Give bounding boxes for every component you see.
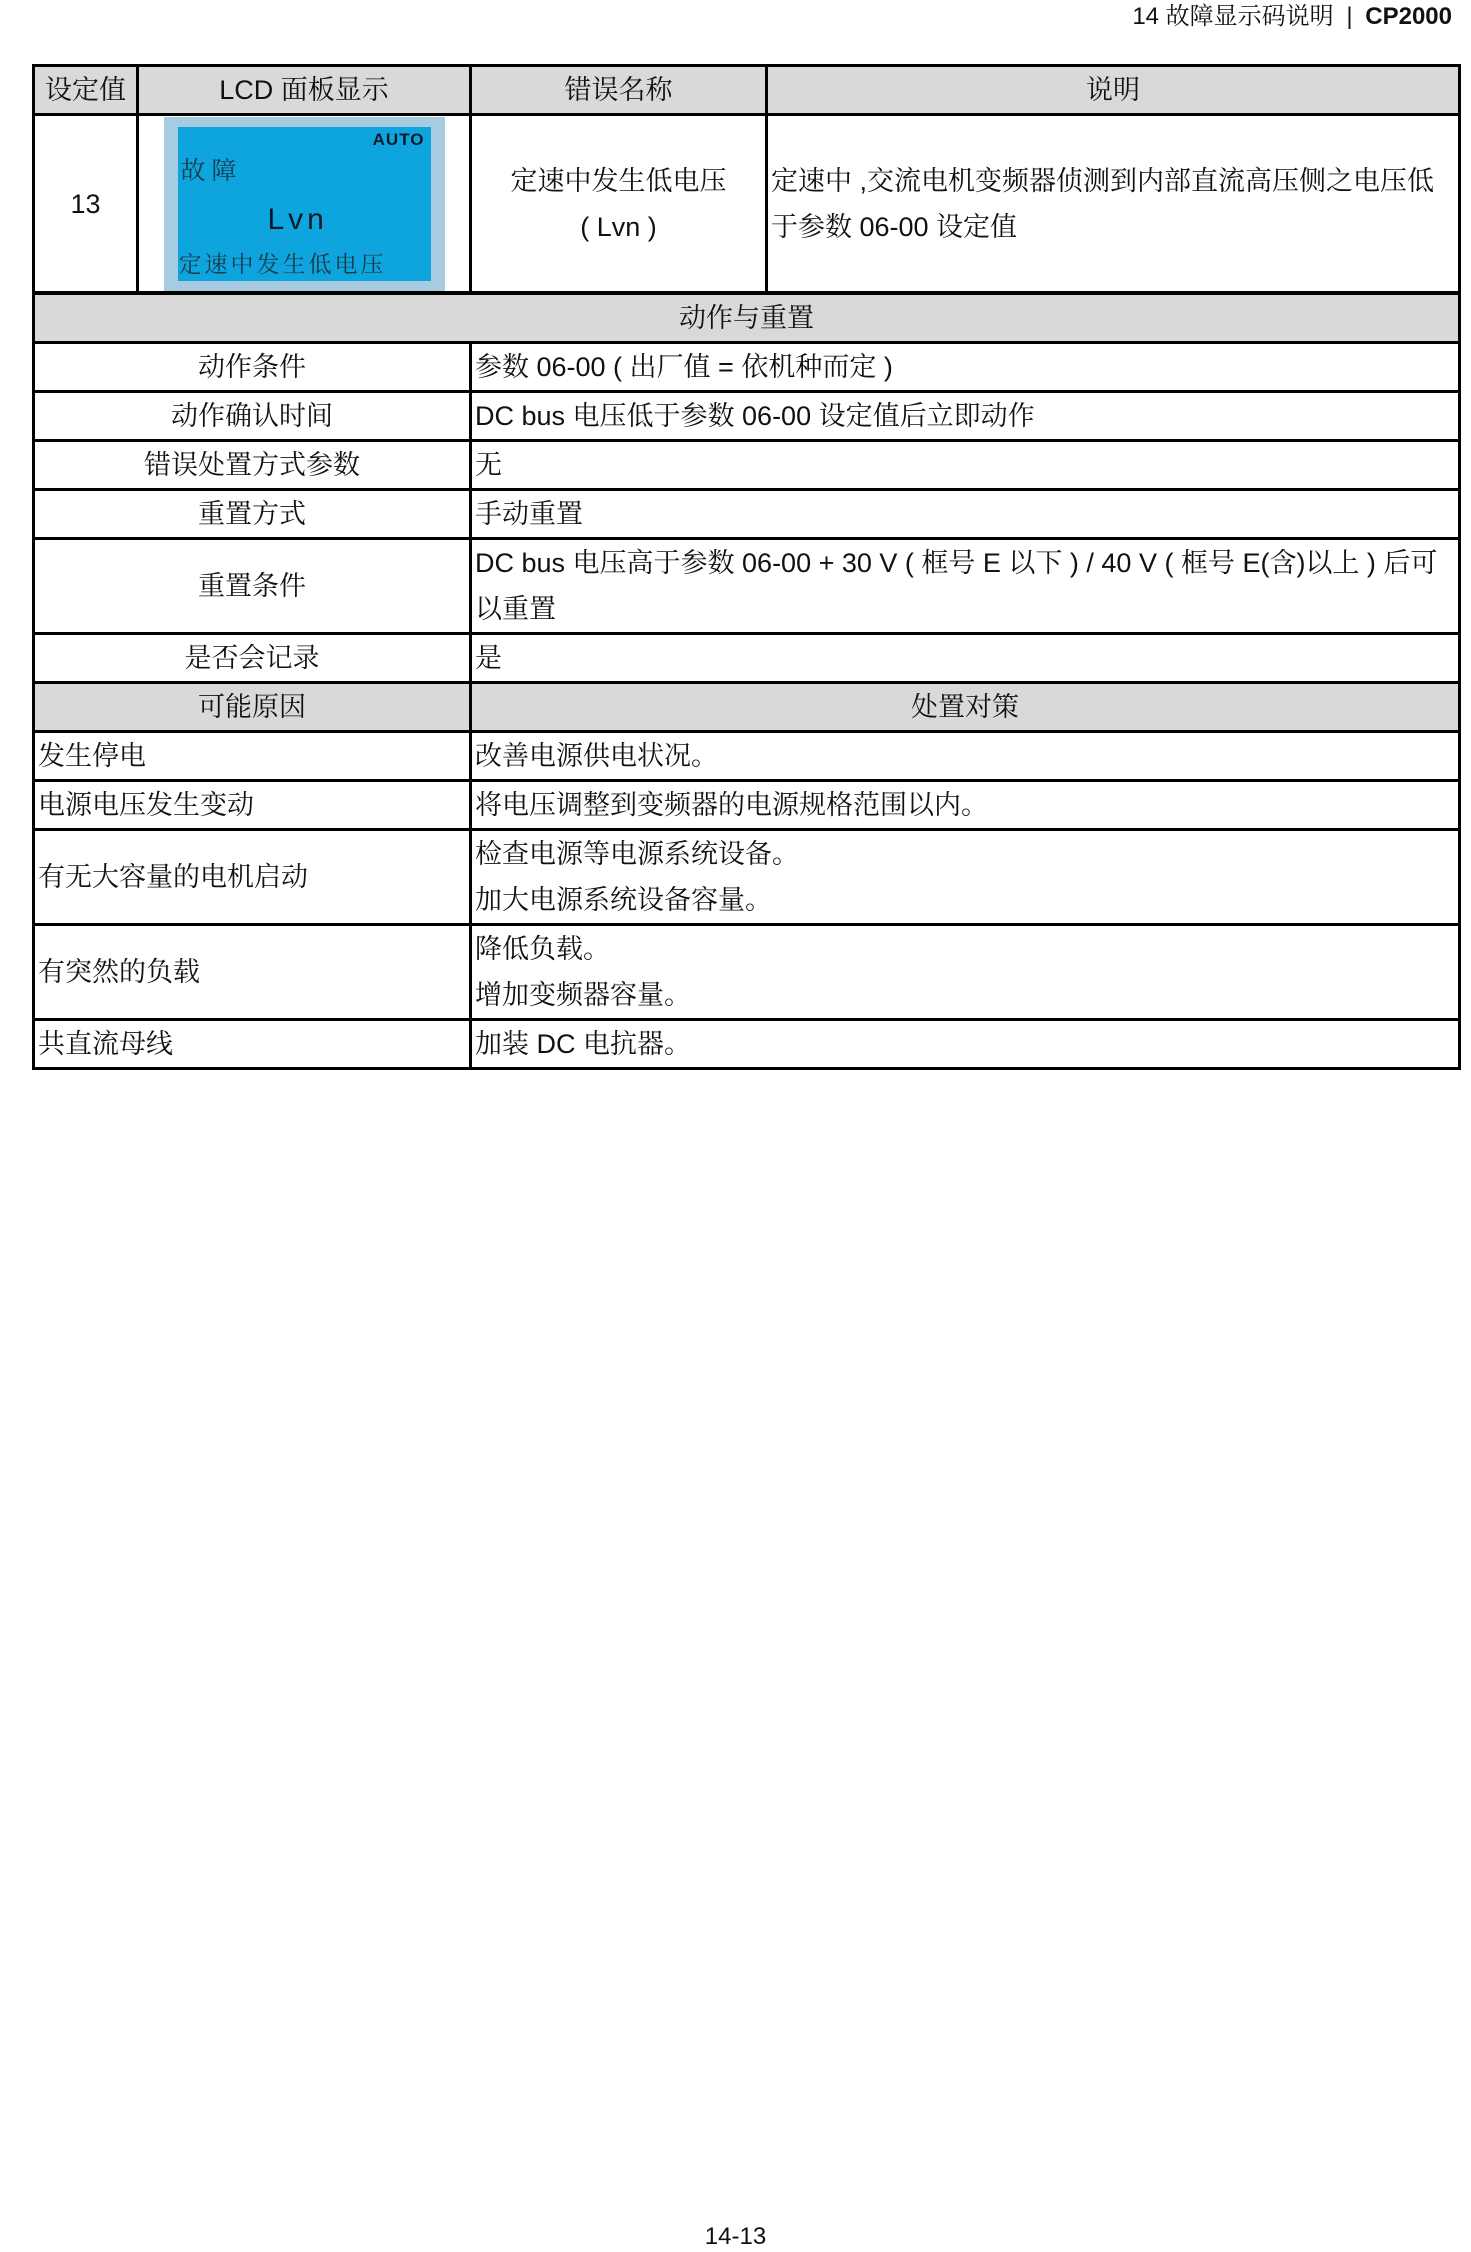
col-header-description: 说明 (767, 66, 1460, 115)
error-code: ( Lvn ) (475, 204, 762, 250)
section-title: 动作与重置 (34, 294, 1460, 343)
row-label: 是否会记录 (34, 634, 471, 683)
row-value: 无 (471, 441, 1460, 490)
cause: 有无大容量的电机启动 (34, 830, 471, 925)
table-row: 动作条件 参数 06-00 ( 出厂值 = 依机种而定 ) (34, 343, 1460, 392)
row-label: 重置条件 (34, 539, 471, 634)
countermeasure: 改善电源供电状况。 (471, 732, 1460, 781)
countermeasure: 加装 DC 电抗器。 (471, 1020, 1460, 1069)
row-label: 动作条件 (34, 343, 471, 392)
table-row: 重置方式 手动重置 (34, 490, 1460, 539)
row-value: DC bus 电压高于参数 06-00 + 30 V ( 框号 E 以下 ) /… (471, 539, 1460, 634)
lcd-fault-code: Lvn (268, 203, 328, 237)
table-row: 错误处置方式参数 无 (34, 441, 1460, 490)
countermeasure-line: 降低负载。 (475, 926, 1455, 972)
col-header-lcd-display: LCD 面板显示 (138, 66, 471, 115)
countermeasure-line: 增加变频器容量。 (475, 972, 1455, 1018)
table-row: 有突然的负载 降低负载。 增加变频器容量。 (34, 925, 1460, 1020)
setting-value: 13 (34, 115, 138, 293)
lcd-mode-label: AUTO (373, 130, 425, 150)
countermeasure-line: 加装 DC 电抗器。 (475, 1021, 1455, 1067)
causes-header-row: 可能原因 处置对策 (34, 683, 1460, 732)
row-value: DC bus 电压低于参数 06-00 设定值后立即动作 (471, 392, 1460, 441)
fault-table: 设定值 LCD 面板显示 错误名称 说明 13 AUTO 故障 Lvn 定速中发… (32, 64, 1461, 294)
model-name: CP2000 (1365, 3, 1452, 30)
row-label: 错误处置方式参数 (34, 441, 471, 490)
lcd-fault-message: 定速中发生低电压 (179, 251, 387, 279)
header-separator: | (1346, 3, 1352, 30)
table-row: 动作确认时间 DC bus 电压低于参数 06-00 设定值后立即动作 (34, 392, 1460, 441)
countermeasure-line: 将电压调整到变频器的电源规格范围以内。 (475, 782, 1455, 828)
col-header-setting-value: 设定值 (34, 66, 138, 115)
lcd-cell: AUTO 故障 Lvn 定速中发生低电压 (138, 115, 471, 293)
table-row: 电源电压发生变动 将电压调整到变频器的电源规格范围以内。 (34, 781, 1460, 830)
cause: 有突然的负载 (34, 925, 471, 1020)
col-header-error-name: 错误名称 (471, 66, 767, 115)
row-value: 手动重置 (471, 490, 1460, 539)
row-label: 动作确认时间 (34, 392, 471, 441)
cause: 共直流母线 (34, 1020, 471, 1069)
page-number: 14-13 (0, 2222, 1471, 2252)
cause: 发生停电 (34, 732, 471, 781)
table-row: 共直流母线 加装 DC 电抗器。 (34, 1020, 1460, 1069)
countermeasure-line: 改善电源供电状况。 (475, 733, 1455, 779)
countermeasure: 将电压调整到变频器的电源规格范围以内。 (471, 781, 1460, 830)
error-name-cell: 定速中发生低电压 ( Lvn ) (471, 115, 767, 293)
row-label: 重置方式 (34, 490, 471, 539)
row-value: 参数 06-00 ( 出厂值 = 依机种而定 ) (471, 343, 1460, 392)
page-header: 14 故障显示码说明 | CP2000 (1132, 2, 1452, 32)
table-row: 发生停电 改善电源供电状况。 (34, 732, 1460, 781)
countermeasure-line: 检查电源等电源系统设备。 (475, 831, 1455, 877)
lcd-panel-image: AUTO 故障 Lvn 定速中发生低电压 (164, 117, 445, 291)
chapter-title: 14 故障显示码说明 (1132, 3, 1333, 30)
fault-row: 13 AUTO 故障 Lvn 定速中发生低电压 定速中发生低电压 ( Lvn )… (34, 115, 1460, 293)
lcd-fault-title: 故障 (181, 155, 243, 187)
error-name: 定速中发生低电压 (475, 158, 762, 204)
row-value: 是 (471, 634, 1460, 683)
countermeasure: 降低负载。 增加变频器容量。 (471, 925, 1460, 1020)
col-header-possible-cause: 可能原因 (34, 683, 471, 732)
section-header-action-reset: 动作与重置 (34, 294, 1460, 343)
lcd-screen: AUTO 故障 Lvn 定速中发生低电压 (178, 127, 431, 281)
action-reset-table: 动作与重置 动作条件 参数 06-00 ( 出厂值 = 依机种而定 ) 动作确认… (32, 292, 1461, 1070)
countermeasure-line: 加大电源系统设备容量。 (475, 877, 1455, 923)
countermeasure: 检查电源等电源系统设备。 加大电源系统设备容量。 (471, 830, 1460, 925)
table-row: 是否会记录 是 (34, 634, 1460, 683)
col-header-countermeasure: 处置对策 (471, 683, 1460, 732)
table-row: 有无大容量的电机启动 检查电源等电源系统设备。 加大电源系统设备容量。 (34, 830, 1460, 925)
cause: 电源电压发生变动 (34, 781, 471, 830)
description: 定速中 ,交流电机变频器侦测到内部直流高压侧之电压低于参数 06-00 设定值 (767, 115, 1460, 293)
fault-table-header-row: 设定值 LCD 面板显示 错误名称 说明 (34, 66, 1460, 115)
table-row: 重置条件 DC bus 电压高于参数 06-00 + 30 V ( 框号 E 以… (34, 539, 1460, 634)
